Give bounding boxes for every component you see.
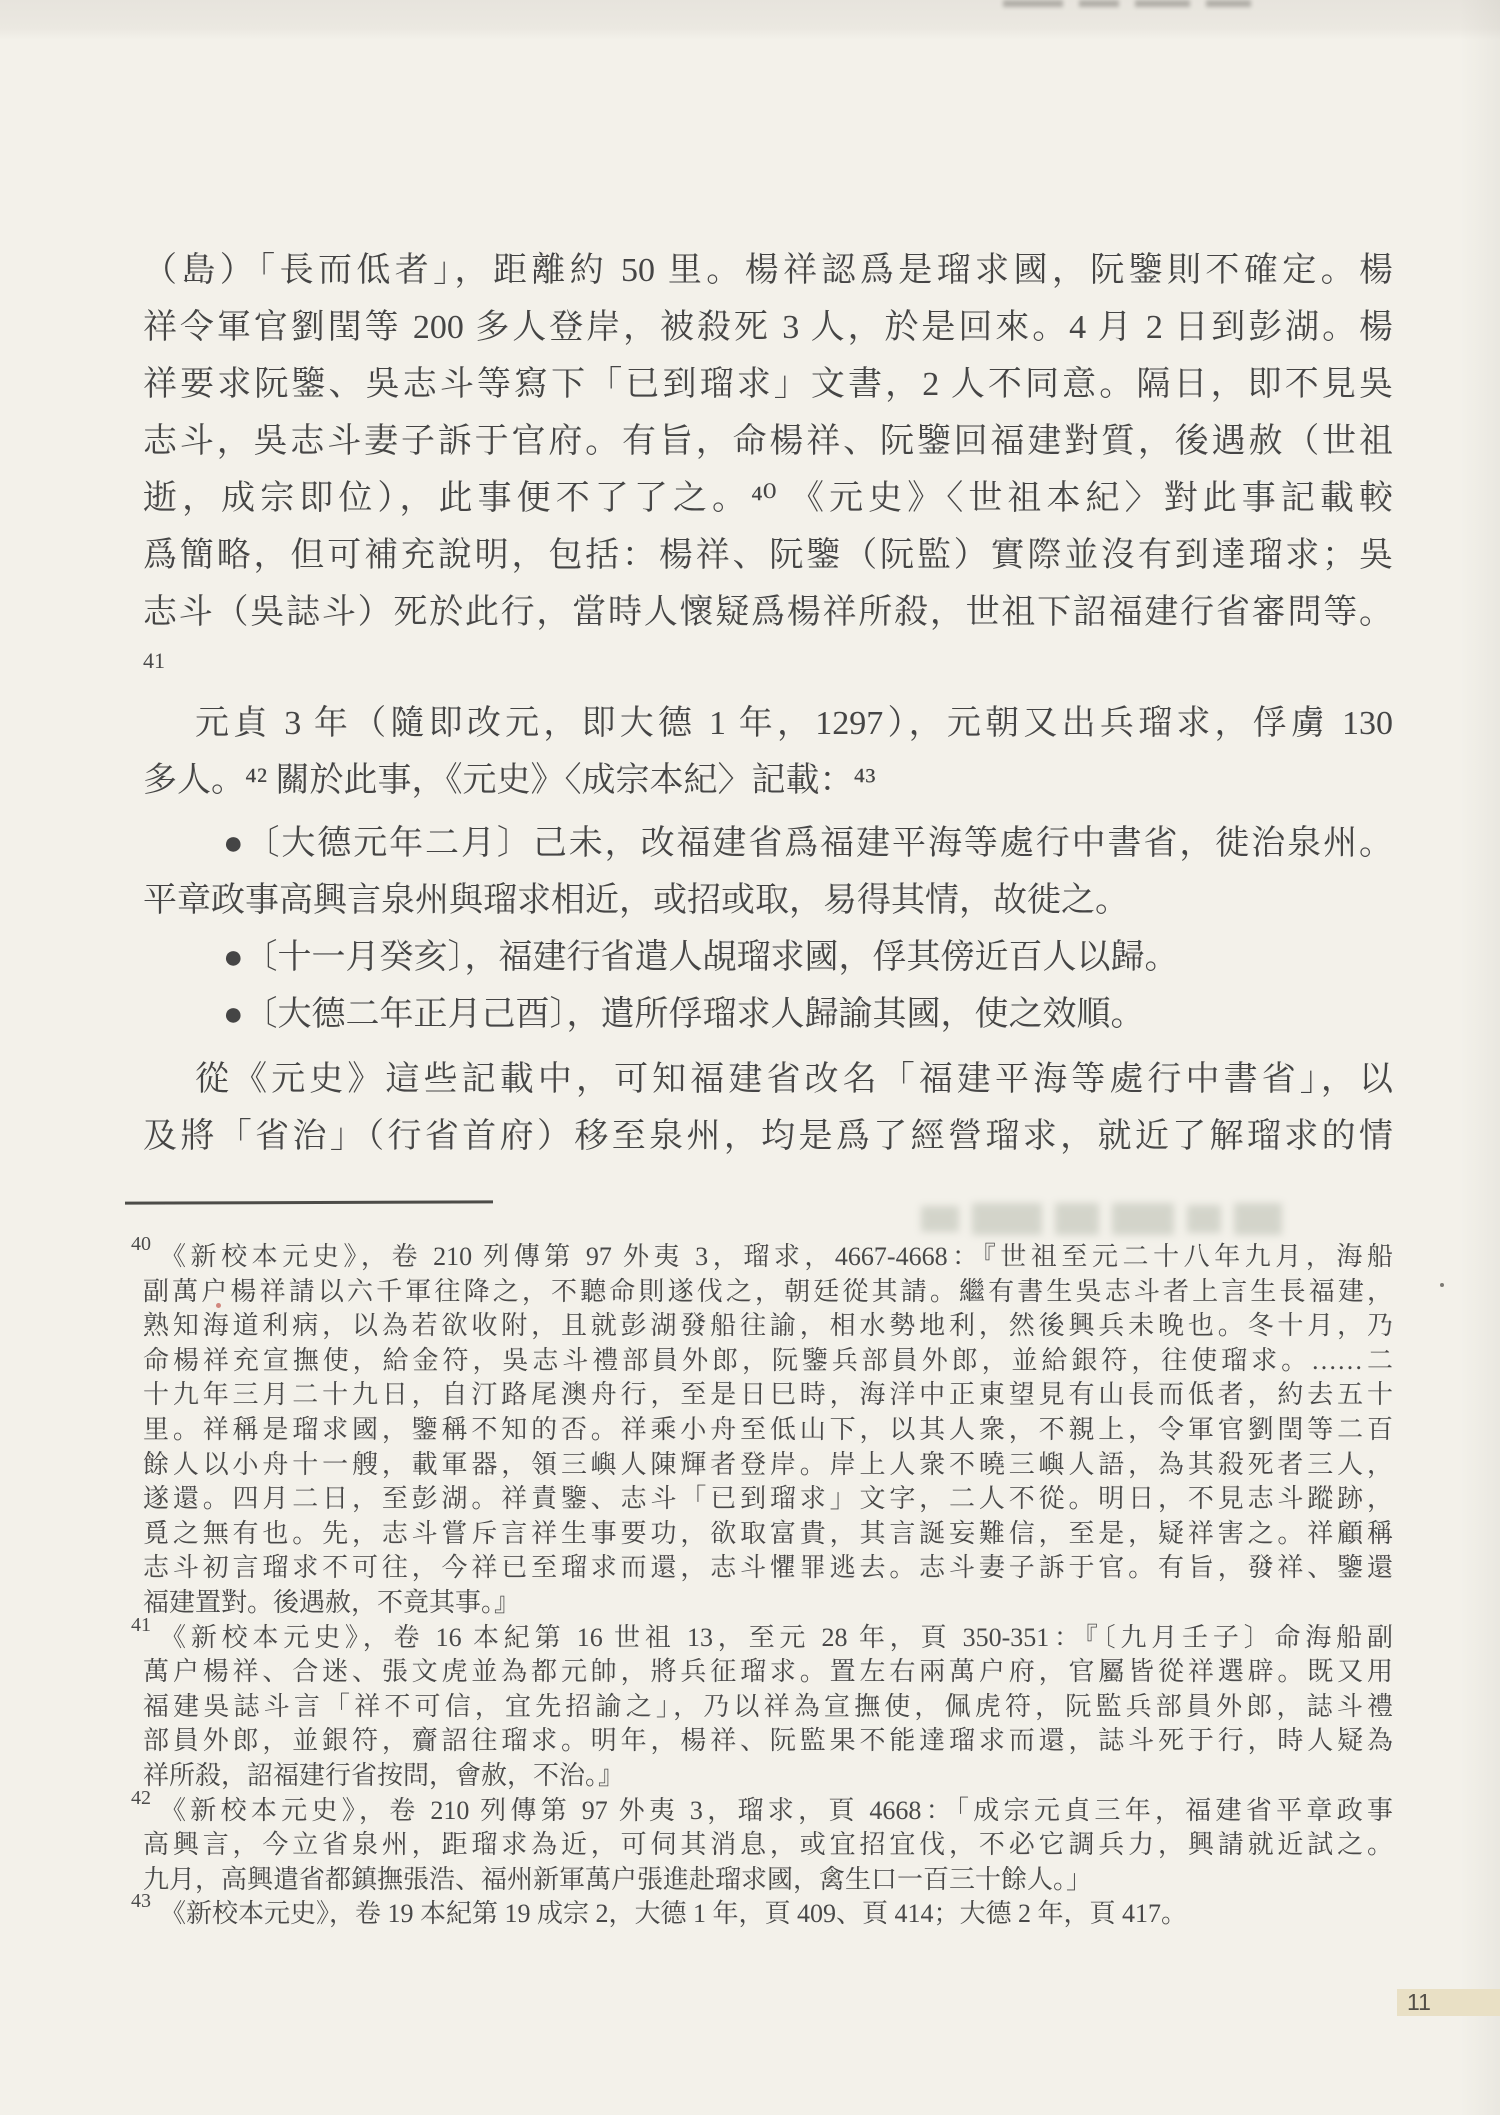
- paragraph-2: 元貞 3 年（隨即改元，即大德 1 年，1297），元朝又出兵瑠求，俘虜 130…: [143, 695, 1393, 809]
- footnote-number: 41: [114, 1615, 151, 1635]
- bleedthrough-mark: [1079, 0, 1119, 7]
- footnote-line: 里。祥稱是瑠求國，鑒稱不知的否。祥乘小舟至低山下，以其人衆，不親上，令軍官劉閏等…: [143, 1413, 1393, 1448]
- footnote-42: 42《新校本元史》，卷 210 列傳第 97 外夷 3，瑠求，頁 4668：「成…: [143, 1794, 1393, 1898]
- text-line: 從《元史》這些記載中，可知福建省改名「福建平海等處行中書省」，以: [143, 1051, 1393, 1108]
- paragraph-1: （島）「長而低者」，距離約 50 里。楊祥認爲是瑠求國，阮鑒則不確定。楊祥令軍官…: [143, 242, 1393, 681]
- footnote-line: 福建置對。後遇赦，不竟其事。』: [143, 1586, 1393, 1621]
- footnote-43: 43《新校本元史》，卷 19 本紀第 19 成宗 2，大德 1 年，頁 409、…: [143, 1897, 1393, 1932]
- footnote-number: 40: [114, 1234, 151, 1254]
- footnote-line: 命楊祥充宣撫使，給金符，吳志斗禮部員外郎，阮鑒兵部員外郎，並給銀符，往使瑠求。……: [143, 1344, 1393, 1379]
- bleedthrough-mark: [1187, 1205, 1221, 1233]
- footnote-line: 萬户楊祥、合迷、張文虎並為都元帥，將兵征瑠求。置左右兩萬户府，官屬皆從祥選辟。既…: [143, 1655, 1393, 1690]
- scan-artifact-red-dot: [216, 1303, 221, 1308]
- footnote-line: 十九年三月二十九日，自汀路尾澳舟行，至是日巳時，海洋中正東望見有山長而低者，約去…: [143, 1378, 1393, 1413]
- text-line: （島）「長而低者」，距離約 50 里。楊祥認爲是瑠求國，阮鑒則不確定。楊: [143, 242, 1393, 299]
- bleedthrough-heading: [862, 1196, 1282, 1242]
- footnote-separator: [125, 1200, 493, 1204]
- bleedthrough-mark: [1112, 1203, 1174, 1235]
- bleedthrough-mark: [1234, 1203, 1282, 1235]
- footnote-line: 41《新校本元史》，卷 16 本紀第 16 世祖 13，至元 28 年，頁 35…: [143, 1621, 1393, 1656]
- scan-shading-right-edge: [1460, 0, 1500, 2115]
- block-quote-list: ●〔大德元年二月〕己未，改福建省爲福建平海等處行中書省，徙治泉州。平章政事高興言…: [143, 815, 1393, 1043]
- bleedthrough-mark: [1003, 0, 1063, 7]
- text-line: 及將「省治」（行省首府）移至泉州，均是爲了經營瑠求，就近了解瑠求的情: [143, 1108, 1393, 1165]
- text-line: 平章政事高興言泉州與瑠求相近，或招或取，易得其情，故徙之。: [143, 872, 1393, 929]
- bleedthrough-mark: [1206, 0, 1251, 7]
- page-number-badge: 11: [1397, 1989, 1500, 2016]
- text-line: 爲簡略，但可補充說明，包括：楊祥、阮鑒（阮監）實際並沒有到達瑠求；吳: [143, 527, 1393, 584]
- footnote-line: 43《新校本元史》，卷 19 本紀第 19 成宗 2，大德 1 年，頁 409、…: [143, 1897, 1393, 1932]
- scan-artifact-gray-dot: [1440, 1283, 1444, 1287]
- bleedthrough-mark: [972, 1203, 1042, 1235]
- paragraph-3: 從《元史》這些記載中，可知福建省改名「福建平海等處行中書省」，以及將「省治」（行…: [143, 1051, 1393, 1165]
- bleedthrough-mark: [1055, 1203, 1099, 1235]
- text-line: ●〔大德元年二月〕己未，改福建省爲福建平海等處行中書省，徙治泉州。: [143, 815, 1393, 872]
- bleedthrough-mark: [921, 1206, 959, 1232]
- text-line: 祥令軍官劉閏等 200 多人登岸，被殺死 3 人，於是回來。4 月 2 日到彭湖…: [143, 299, 1393, 356]
- footnote-41: 41《新校本元史》，卷 16 本紀第 16 世祖 13，至元 28 年，頁 35…: [143, 1621, 1393, 1794]
- footnotes: 40《新校本元史》，卷 210 列傳第 97 外夷 3，瑠求，4667-4668…: [143, 1240, 1393, 1932]
- text-line: 元貞 3 年（隨即改元，即大德 1 年，1297），元朝又出兵瑠求，俘虜 130: [143, 695, 1393, 752]
- text-line: ●〔十一月癸亥〕，福建行省遣人覘瑠求國，俘其傍近百人以歸。: [143, 929, 1393, 986]
- footnote-line: 40《新校本元史》，卷 210 列傳第 97 外夷 3，瑠求，4667-4668…: [143, 1240, 1393, 1275]
- footnote-number: 42: [114, 1788, 151, 1808]
- body-text: （島）「長而低者」，距離約 50 里。楊祥認爲是瑠求國，阮鑒則不確定。楊祥令軍官…: [143, 242, 1393, 1165]
- bleedthrough-mark: [1135, 0, 1190, 7]
- text-line: 志斗，吳志斗妻子訴于官府。有旨，命楊祥、阮鑒回福建對質，後遇赦（世祖: [143, 413, 1393, 470]
- footnote-line: 祥所殺，詔福建行省按問，會赦，不治。』: [143, 1759, 1393, 1794]
- footnote-line: 餘人以小舟十一艘，載軍器，領三嶼人陳輝者登岸。岸上人衆不曉三嶼人語，為其殺死者三…: [143, 1448, 1393, 1483]
- footnote-line: 志斗初言瑠求不可往，今祥已至瑠求而還，志斗懼罪逃去。志斗妻子訴于官。有旨，發祥、…: [143, 1551, 1393, 1586]
- page-number: 11: [1407, 1989, 1431, 2015]
- footnote-line: 遂還。四月二日，至彭湖。祥責鑒、志斗「已到瑠求」文字，二人不從。明日，不見志斗蹤…: [143, 1482, 1393, 1517]
- footnote-line: 副萬户楊祥請以六千軍往降之，不聽命則遂伐之，朝廷從其請。繼有書生吳志斗者上言生長…: [143, 1275, 1393, 1310]
- footnote-line: 覓之無有也。先，志斗嘗斥言祥生事要功，欲取富貴，其言誕妄難信，至是，疑祥害之。祥…: [143, 1517, 1393, 1552]
- document-page: { "page": { "number": "11" }, "colors": …: [0, 0, 1500, 2115]
- text-line: 多人。⁴² 關於此事，《元史》〈成宗本紀〉記載：⁴³: [143, 752, 1393, 809]
- scan-shading-top: [0, 0, 1500, 40]
- text-line: 逝，成宗即位），此事便不了了之。⁴⁰ 《元史》〈世祖本紀〉對此事記載較: [143, 470, 1393, 527]
- text-line: 41: [143, 641, 1393, 681]
- text-line: 志斗（吳誌斗）死於此行，當時人懷疑爲楊祥所殺，世祖下詔福建行省審問等。: [143, 584, 1393, 641]
- text-line: ●〔大德二年正月己酉〕，遣所俘瑠求人歸諭其國，使之效順。: [143, 986, 1393, 1043]
- bleedthrough-top-right: [1003, 0, 1253, 9]
- text-line: 祥要求阮鑒、吳志斗等寫下「已到瑠求」文書，2 人不同意。隔日，即不見吳: [143, 356, 1393, 413]
- footnote-40: 40《新校本元史》，卷 210 列傳第 97 外夷 3，瑠求，4667-4668…: [143, 1240, 1393, 1621]
- footnote-line: 高興言，今立省泉州，距瑠求為近，可伺其消息，或宜招宜伐，不必它調兵力，興請就近試…: [143, 1828, 1393, 1863]
- footnote-line: 部員外郎，並銀符，齎詔往瑠求。明年，楊祥、阮監果不能達瑠求而還，誌斗死于行，時人…: [143, 1724, 1393, 1759]
- footnote-line: 熟知海道利病，以為若欲收附，且就彭湖發船往諭，相水勢地利，然後興兵未晚也。冬十月…: [143, 1309, 1393, 1344]
- footnote-line: 42《新校本元史》，卷 210 列傳第 97 外夷 3，瑠求，頁 4668：「成…: [143, 1794, 1393, 1829]
- footnote-line: 福建吳誌斗言「祥不可信，宜先招諭之」，乃以祥為宣撫使，佩虎符，阮監兵部員外郎，誌…: [143, 1690, 1393, 1725]
- footnote-number: 43: [114, 1891, 151, 1911]
- footnote-line: 九月，高興遣省都鎮撫張浩、福州新軍萬户張進赴瑠求國，禽生口一百三十餘人。」: [143, 1863, 1393, 1898]
